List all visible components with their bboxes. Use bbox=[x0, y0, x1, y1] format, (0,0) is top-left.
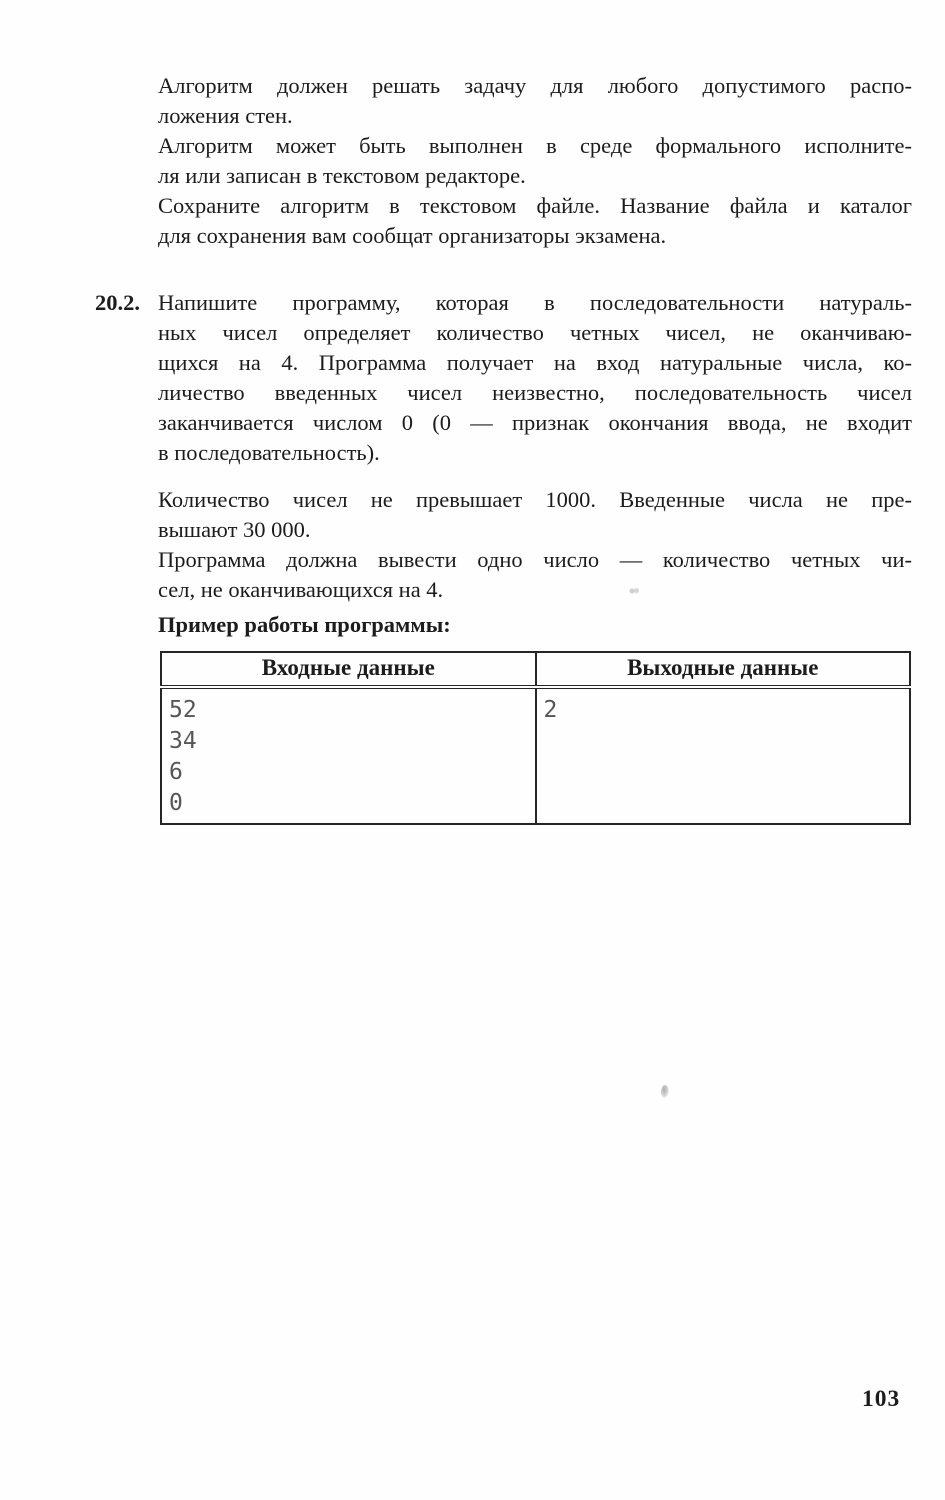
page-content: Алгоритм должен решать задачу для любого… bbox=[158, 71, 912, 825]
paragraph: Программа должна вывести одно число — ко… bbox=[158, 545, 912, 605]
data-value: 0 bbox=[169, 788, 527, 819]
text-line: в последовательность). bbox=[158, 438, 912, 468]
text-line: ля или записан в текстовом редакторе. bbox=[158, 161, 912, 191]
paragraph: Сохраните алгоритм в текстовом файле. На… bbox=[158, 191, 912, 251]
text-line: Сохраните алгоритм в текстовом файле. На… bbox=[158, 191, 912, 221]
text-line: ных чисел определяет количество четных ч… bbox=[158, 318, 912, 348]
text-line: Алгоритм должен решать задачу для любого… bbox=[158, 71, 912, 101]
text-line: заканчивается числом 0 (0 — признак окон… bbox=[158, 408, 912, 438]
output-values: 2 bbox=[544, 695, 902, 726]
text-line: Напишите программу, которая в последоват… bbox=[158, 288, 912, 318]
data-value: 34 bbox=[169, 726, 527, 757]
text-line: ложения стен. bbox=[158, 101, 912, 131]
text-line: Алгоритм может быть выполнен в среде фор… bbox=[158, 131, 912, 161]
task-constraints: Количество чисел не превышает 1000. Введ… bbox=[158, 485, 912, 605]
paragraph: Алгоритм может быть выполнен в среде фор… bbox=[158, 131, 912, 191]
book-page: Алгоритм должен решать задачу для любого… bbox=[0, 0, 945, 1500]
text-line: сел, не оканчивающихся на 4. bbox=[158, 575, 912, 605]
text-line: вышают 30 000. bbox=[158, 515, 912, 545]
data-value: 2 bbox=[544, 695, 902, 726]
data-value: 6 bbox=[169, 757, 527, 788]
example-heading: Пример работы программы: bbox=[158, 610, 912, 640]
paragraph: Алгоритм должен решать задачу для любого… bbox=[158, 71, 912, 131]
table-data-row: 52 34 6 0 2 bbox=[161, 687, 910, 824]
input-values: 52 34 6 0 bbox=[169, 695, 527, 819]
task-20-2: 20.2. Напишите программу, которая в посл… bbox=[158, 288, 912, 825]
table-header-output: Выходные данные bbox=[536, 652, 911, 687]
text-line: личество введенных чисел неизвестно, пос… bbox=[158, 378, 912, 408]
data-value: 52 bbox=[169, 695, 527, 726]
text-line: Количество чисел не превышает 1000. Введ… bbox=[158, 485, 912, 515]
output-data-cell: 2 bbox=[536, 687, 911, 824]
text-line: щихся на 4. Программа получает на вход н… bbox=[158, 348, 912, 378]
text-line: Программа должна вывести одно число — ко… bbox=[158, 545, 912, 575]
task-number: 20.2. bbox=[95, 288, 140, 318]
paragraph: Количество чисел не превышает 1000. Введ… bbox=[158, 485, 912, 545]
page-number: 103 bbox=[862, 1386, 900, 1413]
table-header-row: Входные данные Выходные данные bbox=[161, 652, 910, 687]
scan-artifact bbox=[661, 1085, 669, 1098]
task-statement: Напишите программу, которая в последоват… bbox=[158, 288, 912, 468]
text-line: для сохранения вам сообщат организаторы … bbox=[158, 221, 912, 251]
intro-paragraphs: Алгоритм должен решать задачу для любого… bbox=[158, 71, 912, 251]
input-data-cell: 52 34 6 0 bbox=[161, 687, 536, 824]
table-header-input: Входные данные bbox=[161, 652, 536, 687]
example-table: Входные данные Выходные данные 52 34 6 0 bbox=[160, 651, 911, 825]
